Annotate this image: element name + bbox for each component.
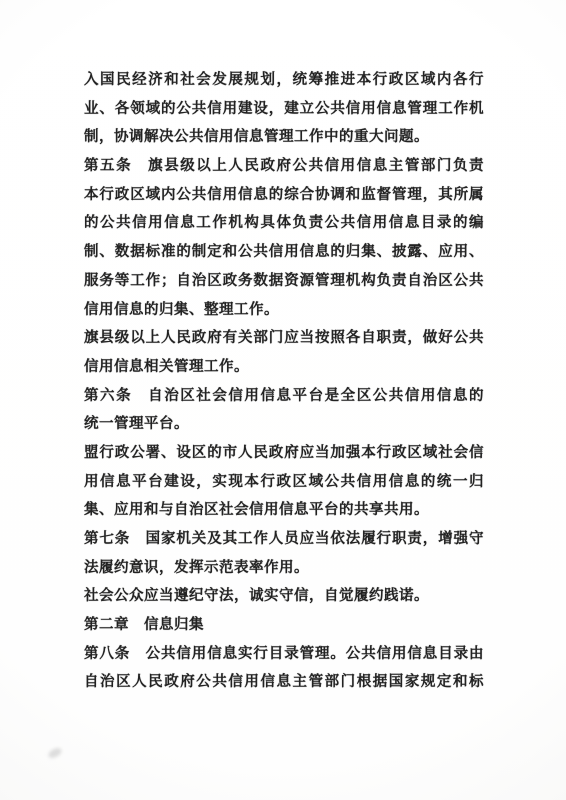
scanned-document-page: 入国民经济和社会发展规划，统筹推进本行政区域内各行 业、各领域的公共信用建设，建…: [0, 0, 566, 800]
text-line: 统一管理平台。: [84, 410, 484, 439]
text-line: 入国民经济和社会发展规划，统筹推进本行政区域内各行: [84, 66, 484, 95]
text-line: 自治区人民政府公共信用信息主管部门根据国家规定和标: [84, 668, 484, 697]
text-line: 盟行政公署、设区的市人民政府应当加强本行政区域社会信: [84, 439, 484, 468]
text-line: 信用信息相关管理工作。: [84, 353, 484, 382]
document-text-block: 入国民经济和社会发展规划，统筹推进本行政区域内各行 业、各领域的公共信用建设，建…: [84, 66, 484, 697]
scan-smudge-artifact: [47, 746, 63, 760]
text-line: 制、数据标准的制定和公共信用信息的归集、披露、应用、: [84, 238, 484, 267]
article-6-start-line: 第六条 自治区社会信用信息平台是全区公共信用信息的: [84, 382, 484, 411]
chapter-heading-line: 第二章 信息归集: [84, 611, 484, 640]
text-line: 服务等工作；自治区政务数据资源管理机构负责自治区公共: [84, 267, 484, 296]
text-line: 的公共信用信息工作机构具体负责公共信用信息目录的编: [84, 209, 484, 238]
text-line: 旗县级以上人民政府有关部门应当按照各自职责，做好公共: [84, 324, 484, 353]
text-line: 法履约意识，发挥示范表率作用。: [84, 554, 484, 583]
text-line: 本行政区域内公共信用信息的综合协调和监督管理，其所属: [84, 181, 484, 210]
text-line: 信用信息的归集、整理工作。: [84, 296, 484, 325]
article-5-start-line: 第五条 旗县级以上人民政府公共信用信息主管部门负责: [84, 152, 484, 181]
text-line: 制，协调解决公共信用信息管理工作中的重大问题。: [84, 123, 484, 152]
article-8-start-line: 第八条 公共信用信息实行目录管理。公共信用信息目录由: [84, 640, 484, 669]
text-line: 用信息平台建设，实现本行政区域公共信用信息的统一归: [84, 468, 484, 497]
text-line: 集、应用和与自治区社会信用信息平台的共享共用。: [84, 496, 484, 525]
text-line: 社会公众应当遵纪守法，诚实守信，自觉履约践诺。: [84, 582, 484, 611]
article-7-start-line: 第七条 国家机关及其工作人员应当依法履行职责，增强守: [84, 525, 484, 554]
text-line: 业、各领域的公共信用建设，建立公共信用信息管理工作机: [84, 95, 484, 124]
